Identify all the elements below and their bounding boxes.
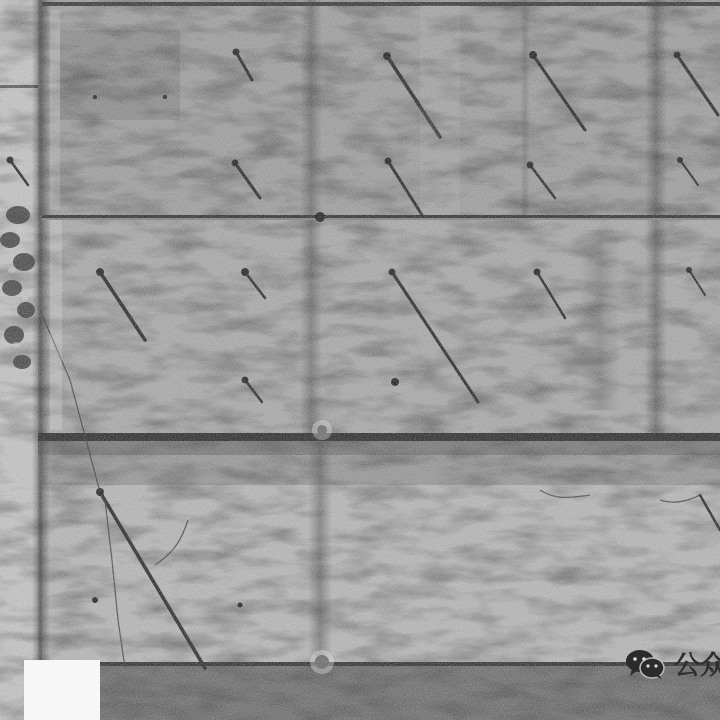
watermark: 公众号 xyxy=(624,645,720,682)
concrete-wall-photo: 公众号 xyxy=(0,0,720,720)
wechat-icon xyxy=(624,649,668,679)
white-sign-board xyxy=(24,660,100,720)
concrete-wall-scene xyxy=(0,0,720,720)
watermark-text: 公众号 xyxy=(674,645,720,682)
